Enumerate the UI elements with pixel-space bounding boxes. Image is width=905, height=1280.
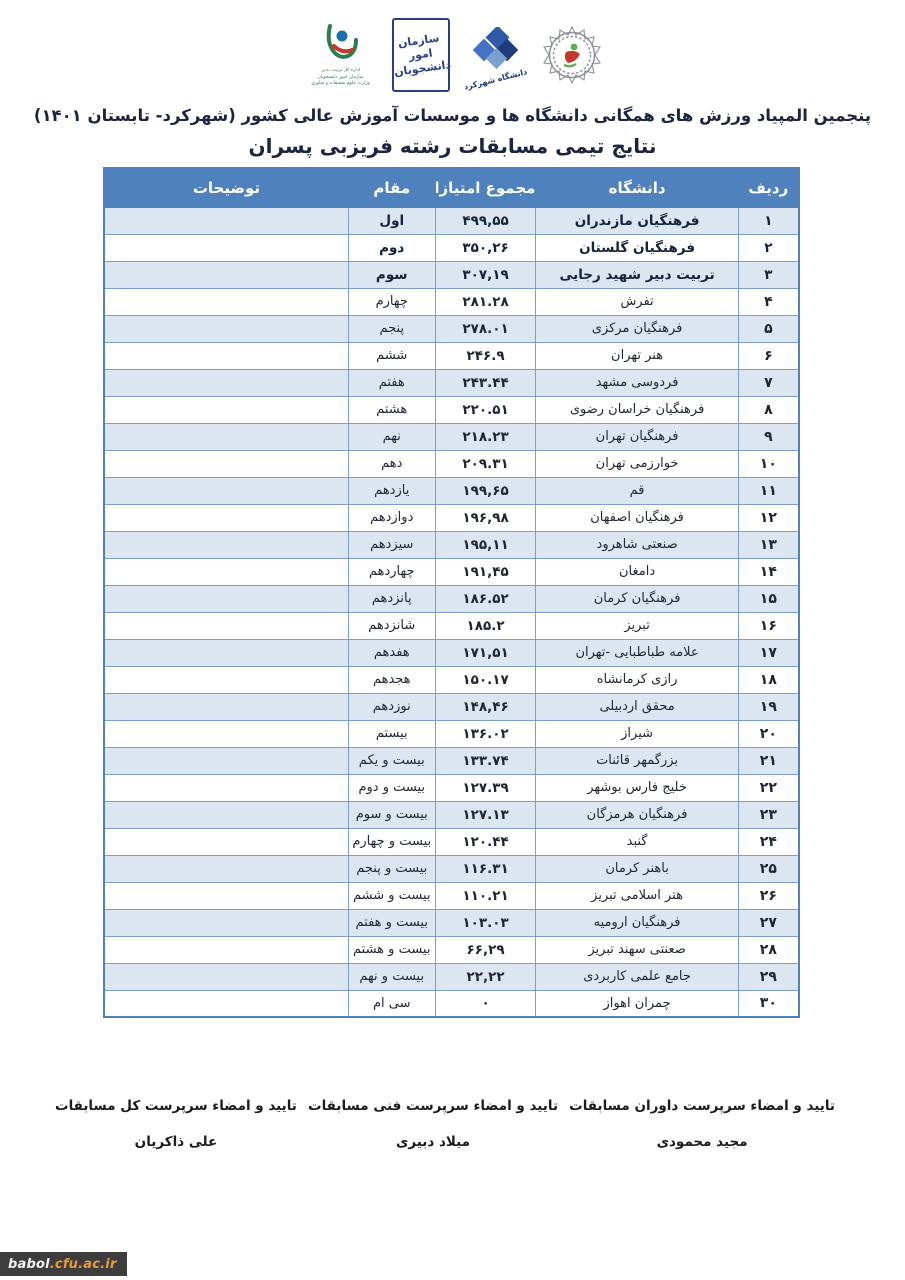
header-row-number: ردیف (738, 168, 799, 207)
university-cell: فرهنگیان هرمزگان (536, 801, 738, 828)
points-cell: ۱۱۰.۲۱ (435, 882, 536, 909)
points-cell: ۳۵۰,۲۶ (435, 234, 536, 261)
olympiad-star-emblem-icon (542, 25, 602, 85)
points-cell: ۱۴۸,۴۶ (435, 693, 536, 720)
notes-cell (104, 909, 348, 936)
table-row: ۲فرهنگیان گلستان۳۵۰,۲۶دوم (104, 234, 799, 261)
rank-cell: هفدهم (348, 639, 435, 666)
university-cell: فرهنگیان مرکزی (536, 315, 738, 342)
signature-name: علی ذاکریان (55, 1134, 297, 1150)
points-cell: ۱۱۶.۳۱ (435, 855, 536, 882)
university-cell: قم (536, 477, 738, 504)
document-title: پنجمین المپیاد ورزش های همگانی دانشگاه ه… (0, 106, 905, 125)
rank-cell: بیست و چهارم (348, 828, 435, 855)
rank-cell: بیست و دوم (348, 774, 435, 801)
university-cell: تربیت دبیر شهید رجایی (536, 261, 738, 288)
points-cell: ۲۴۳.۴۴ (435, 369, 536, 396)
rank-cell: سیزدهم (348, 531, 435, 558)
notes-cell (104, 585, 348, 612)
results-table: ردیف دانشگاه مجموع امتیازات مقام توضیحات… (103, 167, 800, 1018)
rank-cell: یازدهم (348, 477, 435, 504)
shahrekord-university-logo-icon: دانشگاه شهرکرد (464, 27, 528, 84)
notes-cell (104, 315, 348, 342)
notes-cell (104, 450, 348, 477)
university-cell: خلیج فارس بوشهر (536, 774, 738, 801)
rank-cell: اول (348, 207, 435, 234)
student-affairs-org-logo-icon: سازمان امور دانشجویان (392, 18, 450, 92)
university-cell: فرهنگیان کرمان (536, 585, 738, 612)
table-row: ۱۷علامه طباطبایی -تهران۱۷۱,۵۱هفدهم (104, 639, 799, 666)
table-row: ۱۶تبریز۱۸۵.۲شانزدهم (104, 612, 799, 639)
results-table-body: ۱فرهنگیان مازندران۴۹۹,۵۵اول۲فرهنگیان گلس… (104, 207, 799, 1017)
table-row: ۲۴گنبد۱۲۰.۴۴بیست و چهارم (104, 828, 799, 855)
row-number-cell: ۲ (738, 234, 799, 261)
document-page: { "page": { "title_line1": "پنجمین المپی… (0, 0, 905, 1280)
rank-cell: بیست و سوم (348, 801, 435, 828)
notes-cell (104, 369, 348, 396)
notes-cell (104, 558, 348, 585)
physical-education-dept-logo-icon: اداره کل تربیت بدنیسازمان امور دانشجویان… (304, 22, 378, 89)
signature-role: تایید و امضاء سرپرست کل مسابقات (55, 1098, 297, 1114)
notes-cell (104, 612, 348, 639)
row-number-cell: ۳۰ (738, 990, 799, 1017)
notes-cell (104, 855, 348, 882)
points-cell: ۱۸۶.۵۲ (435, 585, 536, 612)
notes-cell (104, 639, 348, 666)
points-cell: ۱۳۶.۰۲ (435, 720, 536, 747)
notes-cell (104, 396, 348, 423)
rank-cell: دهم (348, 450, 435, 477)
points-cell: ۰ (435, 990, 536, 1017)
notes-cell (104, 693, 348, 720)
university-cell: دامغان (536, 558, 738, 585)
signature-technical-supervisor: تایید و امضاء سرپرست فنی مسابقات میلاد د… (308, 1098, 558, 1150)
row-number-cell: ۶ (738, 342, 799, 369)
rank-cell: چهارم (348, 288, 435, 315)
signatures-row: تایید و امضاء سرپرست داوران مسابقات مجید… (55, 1098, 835, 1150)
notes-cell (104, 423, 348, 450)
rank-cell: بیست و پنجم (348, 855, 435, 882)
points-cell: ۲۲۰.۵۱ (435, 396, 536, 423)
row-number-cell: ۲۳ (738, 801, 799, 828)
row-number-cell: ۹ (738, 423, 799, 450)
site-watermark: babol.cfu.ac.ir (0, 1252, 127, 1276)
table-row: ۶هنر تهران۲۴۶.۹ششم (104, 342, 799, 369)
row-number-cell: ۲۷ (738, 909, 799, 936)
table-row: ۱۲فرهنگیان اصفهان۱۹۶,۹۸دوازدهم (104, 504, 799, 531)
table-row: ۲۹جامع علمی کاربردی۲۲,۲۲بیست و نهم (104, 963, 799, 990)
points-cell: ۱۲۷.۳۹ (435, 774, 536, 801)
points-cell: ۲۴۶.۹ (435, 342, 536, 369)
notes-cell (104, 342, 348, 369)
notes-cell (104, 828, 348, 855)
notes-cell (104, 261, 348, 288)
table-row: ۲۰شیراز۱۳۶.۰۲بیستم (104, 720, 799, 747)
points-cell: ۲۸۱.۲۸ (435, 288, 536, 315)
table-row: ۸فرهنگیان خراسان رضوی۲۲۰.۵۱هشتم (104, 396, 799, 423)
row-number-cell: ۱۸ (738, 666, 799, 693)
row-number-cell: ۱۰ (738, 450, 799, 477)
university-cell: گنبد (536, 828, 738, 855)
signature-general-supervisor: تایید و امضاء سرپرست کل مسابقات علی ذاکر… (55, 1098, 297, 1150)
university-cell: محقق اردبیلی (536, 693, 738, 720)
university-cell: باهنر کرمان (536, 855, 738, 882)
rank-cell: چهاردهم (348, 558, 435, 585)
table-row: ۳تربیت دبیر شهید رجایی۳۰۷,۱۹سوم (104, 261, 799, 288)
rank-cell: بیست و ششم (348, 882, 435, 909)
points-cell: ۳۰۷,۱۹ (435, 261, 536, 288)
notes-cell (104, 720, 348, 747)
table-row: ۵فرهنگیان مرکزی۲۷۸.۰۱پنجم (104, 315, 799, 342)
table-row: ۲۲خلیج فارس بوشهر۱۲۷.۳۹بیست و دوم (104, 774, 799, 801)
row-number-cell: ۸ (738, 396, 799, 423)
rank-cell: پانزدهم (348, 585, 435, 612)
university-cell: خوارزمی تهران (536, 450, 738, 477)
watermark-prefix: babol (8, 1257, 50, 1272)
table-row: ۱۴دامغان۱۹۱,۴۵چهاردهم (104, 558, 799, 585)
points-cell: ۱۵۰.۱۷ (435, 666, 536, 693)
row-number-cell: ۱۴ (738, 558, 799, 585)
table-row: ۲۶هتر اسلامی تبریز۱۱۰.۲۱بیست و ششم (104, 882, 799, 909)
row-number-cell: ۱۲ (738, 504, 799, 531)
university-cell: جامع علمی کاربردی (536, 963, 738, 990)
row-number-cell: ۲۰ (738, 720, 799, 747)
rank-cell: هفتم (348, 369, 435, 396)
points-cell: ۱۰۳.۰۳ (435, 909, 536, 936)
university-cell: علامه طباطبایی -تهران (536, 639, 738, 666)
points-cell: ۲۲,۲۲ (435, 963, 536, 990)
table-row: ۲۳فرهنگیان هرمزگان۱۲۷.۱۳بیست و سوم (104, 801, 799, 828)
points-cell: ۱۹۹,۶۵ (435, 477, 536, 504)
rank-cell: نوزدهم (348, 693, 435, 720)
points-cell: ۱۹۱,۴۵ (435, 558, 536, 585)
notes-cell (104, 288, 348, 315)
university-cell: تفرش (536, 288, 738, 315)
university-cell: فرهنگیان مازندران (536, 207, 738, 234)
points-cell: ۱۹۵,۱۱ (435, 531, 536, 558)
header-notes: توضیحات (104, 168, 348, 207)
rank-cell: دوازدهم (348, 504, 435, 531)
university-cell: رازی کرمانشاه (536, 666, 738, 693)
university-cell: فرهنگیان خراسان رضوی (536, 396, 738, 423)
university-cell: تبریز (536, 612, 738, 639)
notes-cell (104, 531, 348, 558)
points-cell: ۱۷۱,۵۱ (435, 639, 536, 666)
table-row: ۱۸رازی کرمانشاه۱۵۰.۱۷هجدهم (104, 666, 799, 693)
logo-caption-line: اداره کل تربیت بدنی (311, 68, 370, 75)
table-row: ۲۷فرهنگیان ارومیه۱۰۳.۰۳بیست و هفتم (104, 909, 799, 936)
row-number-cell: ۲۹ (738, 963, 799, 990)
university-cell: شیراز (536, 720, 738, 747)
results-table-header: ردیف دانشگاه مجموع امتیازات مقام توضیحات (104, 168, 799, 207)
notes-cell (104, 234, 348, 261)
row-number-cell: ۱ (738, 207, 799, 234)
points-cell: ۱۲۷.۱۳ (435, 801, 536, 828)
points-cell: ۱۹۶,۹۸ (435, 504, 536, 531)
rank-cell: سوم (348, 261, 435, 288)
points-cell: ۲۱۸.۲۳ (435, 423, 536, 450)
rank-cell: سی ام (348, 990, 435, 1017)
row-number-cell: ۲۴ (738, 828, 799, 855)
row-number-cell: ۱۶ (738, 612, 799, 639)
row-number-cell: ۴ (738, 288, 799, 315)
signature-name: مجید محمودی (569, 1134, 835, 1150)
rank-cell: نهم (348, 423, 435, 450)
table-row: ۱فرهنگیان مازندران۴۹۹,۵۵اول (104, 207, 799, 234)
document-subtitle: نتایج تیمی مسابقات رشته فریزبی پسران (0, 134, 905, 158)
table-row: ۴تفرش۲۸۱.۲۸چهارم (104, 288, 799, 315)
notes-cell (104, 801, 348, 828)
university-cell: فرهنگیان گلستان (536, 234, 738, 261)
rank-cell: بیست و هفتم (348, 909, 435, 936)
signature-referees-supervisor: تایید و امضاء سرپرست داوران مسابقات مجید… (569, 1098, 835, 1150)
row-number-cell: ۲۸ (738, 936, 799, 963)
signature-role: تایید و امضاء سرپرست داوران مسابقات (569, 1098, 835, 1114)
table-row: ۳۰چمران اهواز۰سی ام (104, 990, 799, 1017)
rank-cell: بیست و هشتم (348, 936, 435, 963)
row-number-cell: ۳ (738, 261, 799, 288)
notes-cell (104, 882, 348, 909)
row-number-cell: ۲۵ (738, 855, 799, 882)
row-number-cell: ۲۶ (738, 882, 799, 909)
points-cell: ۱۲۰.۴۴ (435, 828, 536, 855)
row-number-cell: ۷ (738, 369, 799, 396)
rank-cell: ششم (348, 342, 435, 369)
rank-cell: بیست و نهم (348, 963, 435, 990)
notes-cell (104, 504, 348, 531)
table-row: ۲۵باهنر کرمان۱۱۶.۳۱بیست و پنجم (104, 855, 799, 882)
university-cell: فرهنگیان تهران (536, 423, 738, 450)
row-number-cell: ۱۷ (738, 639, 799, 666)
university-cell: صعنتی سهند تبریز (536, 936, 738, 963)
row-number-cell: ۱۱ (738, 477, 799, 504)
table-row: ۷فردوسی مشهد۲۴۳.۴۴هفتم (104, 369, 799, 396)
university-cell: چمران اهواز (536, 990, 738, 1017)
notes-cell (104, 477, 348, 504)
university-cell: فرهنگیان ارومیه (536, 909, 738, 936)
signature-name: میلاد دبیری (308, 1134, 558, 1150)
rank-cell: هشتم (348, 396, 435, 423)
physical-education-dept-caption: اداره کل تربیت بدنیسازمان امور دانشجویان… (311, 68, 370, 89)
row-number-cell: ۲۱ (738, 747, 799, 774)
university-cell: فرهنگیان اصفهان (536, 504, 738, 531)
table-row: ۹فرهنگیان تهران۲۱۸.۲۳نهم (104, 423, 799, 450)
notes-cell (104, 207, 348, 234)
rank-cell: بیست و یکم (348, 747, 435, 774)
logo-caption-line: سازمان امور دانشجویان (311, 75, 370, 82)
row-number-cell: ۱۳ (738, 531, 799, 558)
logo-strip: دانشگاه شهرکرد سازمان امور دانشجویان ادا… (300, 10, 605, 100)
row-number-cell: ۱۵ (738, 585, 799, 612)
rank-cell: هجدهم (348, 666, 435, 693)
university-cell: هنر تهران (536, 342, 738, 369)
table-row: ۲۸صعنتی سهند تبریز۶۶,۲۹بیست و هشتم (104, 936, 799, 963)
notes-cell (104, 774, 348, 801)
table-row: ۲۱بزرگمهر قائنات۱۳۳.۷۴بیست و یکم (104, 747, 799, 774)
table-row: ۱۰خوارزمی تهران۲۰۹.۳۱دهم (104, 450, 799, 477)
points-cell: ۲۷۸.۰۱ (435, 315, 536, 342)
rank-cell: دوم (348, 234, 435, 261)
notes-cell (104, 963, 348, 990)
rank-cell: پنجم (348, 315, 435, 342)
table-row: ۱۹محقق اردبیلی۱۴۸,۴۶نوزدهم (104, 693, 799, 720)
header-points: مجموع امتیازات (435, 168, 536, 207)
table-row: ۱۱قم۱۹۹,۶۵یازدهم (104, 477, 799, 504)
university-cell: فردوسی مشهد (536, 369, 738, 396)
points-cell: ۴۹۹,۵۵ (435, 207, 536, 234)
table-row: ۱۳صنعتی شاهرود۱۹۵,۱۱سیزدهم (104, 531, 799, 558)
points-cell: ۲۰۹.۳۱ (435, 450, 536, 477)
rank-cell: شانزدهم (348, 612, 435, 639)
points-cell: ۱۸۵.۲ (435, 612, 536, 639)
logo-caption-line: وزارت علوم تحقیقات و فناوری (311, 81, 370, 88)
row-number-cell: ۵ (738, 315, 799, 342)
university-cell: صنعتی شاهرود (536, 531, 738, 558)
signature-role: تایید و امضاء سرپرست فنی مسابقات (308, 1098, 558, 1114)
row-number-cell: ۱۹ (738, 693, 799, 720)
university-cell: هتر اسلامی تبریز (536, 882, 738, 909)
header-university: دانشگاه (536, 168, 738, 207)
header-rank: مقام (348, 168, 435, 207)
points-cell: ۶۶,۲۹ (435, 936, 536, 963)
watermark-suffix: .cfu.ac.ir (50, 1257, 117, 1272)
student-affairs-caption: سازمان امور دانشجویان (389, 31, 451, 80)
rank-cell: بیستم (348, 720, 435, 747)
notes-cell (104, 666, 348, 693)
table-row: ۱۵فرهنگیان کرمان۱۸۶.۵۲پانزدهم (104, 585, 799, 612)
points-cell: ۱۳۳.۷۴ (435, 747, 536, 774)
notes-cell (104, 990, 348, 1017)
university-cell: بزرگمهر قائنات (536, 747, 738, 774)
notes-cell (104, 936, 348, 963)
row-number-cell: ۲۲ (738, 774, 799, 801)
notes-cell (104, 747, 348, 774)
